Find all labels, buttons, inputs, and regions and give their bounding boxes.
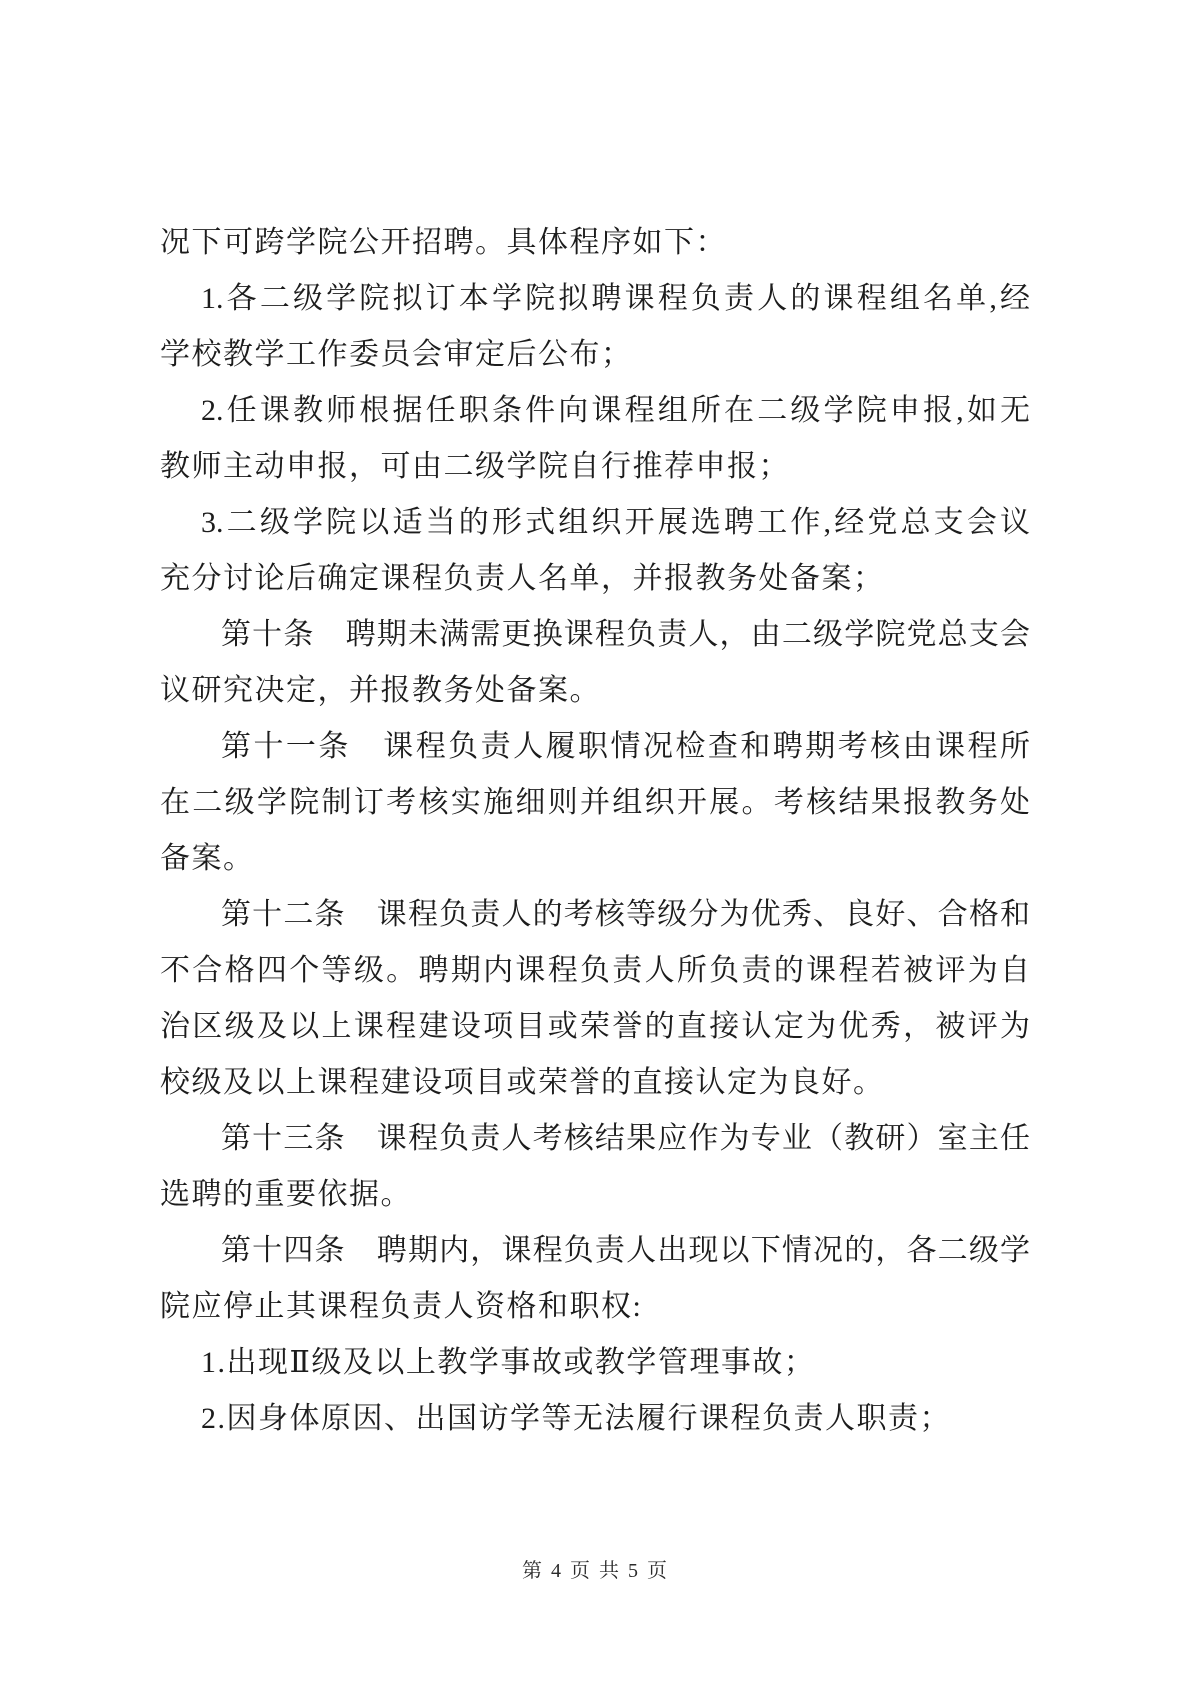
text-line: 第十三条 课程负责人考核结果应作为专业（教研）室主任 bbox=[160, 1111, 1030, 1167]
text-line: 不合格四个等级。聘期内课程负责人所负责的课程若被评为自 bbox=[160, 943, 1030, 999]
text-line: 1.出现Ⅱ级及以上教学事故或教学管理事故； bbox=[160, 1335, 1030, 1391]
text-line: 1.各二级学院拟订本学院拟聘课程负责人的课程组名单,经 bbox=[160, 271, 1030, 327]
page-footer: 第 4 页 共 5 页 bbox=[0, 1556, 1191, 1586]
text-line: 学校教学工作委员会审定后公布； bbox=[160, 327, 1030, 383]
text-line: 治区级及以上课程建设项目或荣誉的直接认定为优秀，被评为 bbox=[160, 999, 1030, 1055]
text-line: 在二级学院制订考核实施细则并组织开展。考核结果报教务处 bbox=[160, 775, 1030, 831]
text-line: 充分讨论后确定课程负责人名单，并报教务处备案； bbox=[160, 551, 1030, 607]
text-line: 校级及以上课程建设项目或荣誉的直接认定为良好。 bbox=[160, 1055, 1030, 1111]
text-line: 况下可跨学院公开招聘。具体程序如下： bbox=[160, 215, 1030, 271]
document-page: 况下可跨学院公开招聘。具体程序如下：1.各二级学院拟订本学院拟聘课程负责人的课程… bbox=[0, 0, 1191, 1684]
text-line: 2.任课教师根据任职条件向课程组所在二级学院申报,如无 bbox=[160, 383, 1030, 439]
text-line: 3.二级学院以适当的形式组织开展选聘工作,经党总支会议 bbox=[160, 495, 1030, 551]
text-line: 2.因身体原因、出国访学等无法履行课程负责人职责； bbox=[160, 1391, 1030, 1447]
text-line: 备案。 bbox=[160, 831, 1030, 887]
text-line: 第十二条 课程负责人的考核等级分为优秀、良好、合格和 bbox=[160, 887, 1030, 943]
text-line: 选聘的重要依据。 bbox=[160, 1167, 1030, 1223]
text-line: 第十四条 聘期内，课程负责人出现以下情况的，各二级学 bbox=[160, 1223, 1030, 1279]
text-line: 院应停止其课程负责人资格和职权: bbox=[160, 1279, 1030, 1335]
text-line: 第十条 聘期未满需更换课程负责人，由二级学院党总支会 bbox=[160, 607, 1030, 663]
text-line: 第十一条 课程负责人履职情况检查和聘期考核由课程所 bbox=[160, 719, 1030, 775]
text-line: 教师主动申报，可由二级学院自行推荐申报； bbox=[160, 439, 1030, 495]
text-line: 议研究决定，并报教务处备案。 bbox=[160, 663, 1030, 719]
document-body: 况下可跨学院公开招聘。具体程序如下：1.各二级学院拟订本学院拟聘课程负责人的课程… bbox=[160, 215, 1030, 1447]
